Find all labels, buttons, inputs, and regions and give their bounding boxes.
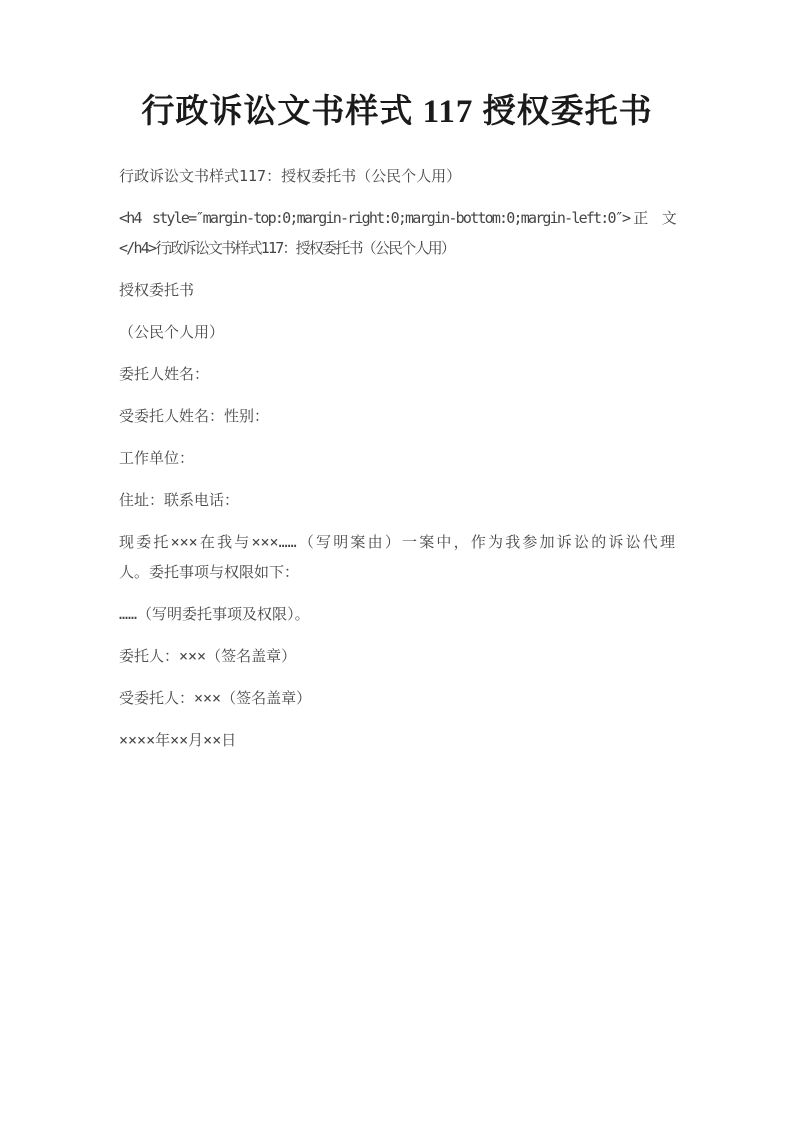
paragraph: 委托人姓名： xyxy=(119,359,675,389)
paragraph-line: 受委托人：×××（签名盖章） xyxy=(119,683,675,713)
paragraph-line: 现委托×××在我与×××……（写明案由）一案中，作为我参加诉讼的诉讼代理 xyxy=(119,527,675,557)
paragraph: 授权委托书 xyxy=(119,275,675,305)
paragraph-line: （公民个人用） xyxy=(119,317,675,347)
paragraph-line: 委托人：×××（签名盖章） xyxy=(119,641,675,671)
paragraph: 住址：联系电话： xyxy=(119,485,675,515)
paragraph: ××××年××月××日 xyxy=(119,725,675,755)
paragraph: 受委托人姓名：性别： xyxy=(119,401,675,431)
paragraph-line: ××××年××月××日 xyxy=(119,725,675,755)
paragraph-line: 委托人姓名： xyxy=(119,359,675,389)
paragraph-line: 人。委托事项与权限如下： xyxy=(119,557,675,587)
paragraph-line: 授权委托书 xyxy=(119,275,675,305)
paragraph: ……（写明委托事项及权限）。 xyxy=(119,599,675,629)
paragraph: 受委托人：×××（签名盖章） xyxy=(119,683,675,713)
paragraph: 行政诉讼文书样式117：授权委托书（公民个人用） xyxy=(119,161,675,191)
paragraph-line: <h4 style=″margin-top:0;margin-right:0;m… xyxy=(119,203,675,233)
paragraph: 委托人：×××（签名盖章） xyxy=(119,641,675,671)
paragraph-line: 受委托人姓名：性别： xyxy=(119,401,675,431)
paragraph-line: 工作单位： xyxy=(119,443,675,473)
paragraph-line: </h4>行政诉讼文书样式117：授权委托书（公民个人用） xyxy=(119,233,675,263)
document-page: 行政诉讼文书样式 117 授权委托书 行政诉讼文书样式117：授权委托书（公民个… xyxy=(0,0,793,1122)
paragraph: 工作单位： xyxy=(119,443,675,473)
paragraph-line: 行政诉讼文书样式117：授权委托书（公民个人用） xyxy=(119,161,675,191)
document-body: 行政诉讼文书样式117：授权委托书（公民个人用）<h4 style=″margi… xyxy=(119,161,675,755)
paragraph: 现委托×××在我与×××……（写明案由）一案中，作为我参加诉讼的诉讼代理人。委托… xyxy=(119,527,675,587)
paragraph-line: 住址：联系电话： xyxy=(119,485,675,515)
document-title: 行政诉讼文书样式 117 授权委托书 xyxy=(119,90,675,134)
paragraph-line: ……（写明委托事项及权限）。 xyxy=(119,599,675,629)
paragraph: <h4 style=″margin-top:0;margin-right:0;m… xyxy=(119,203,675,263)
paragraph: （公民个人用） xyxy=(119,317,675,347)
